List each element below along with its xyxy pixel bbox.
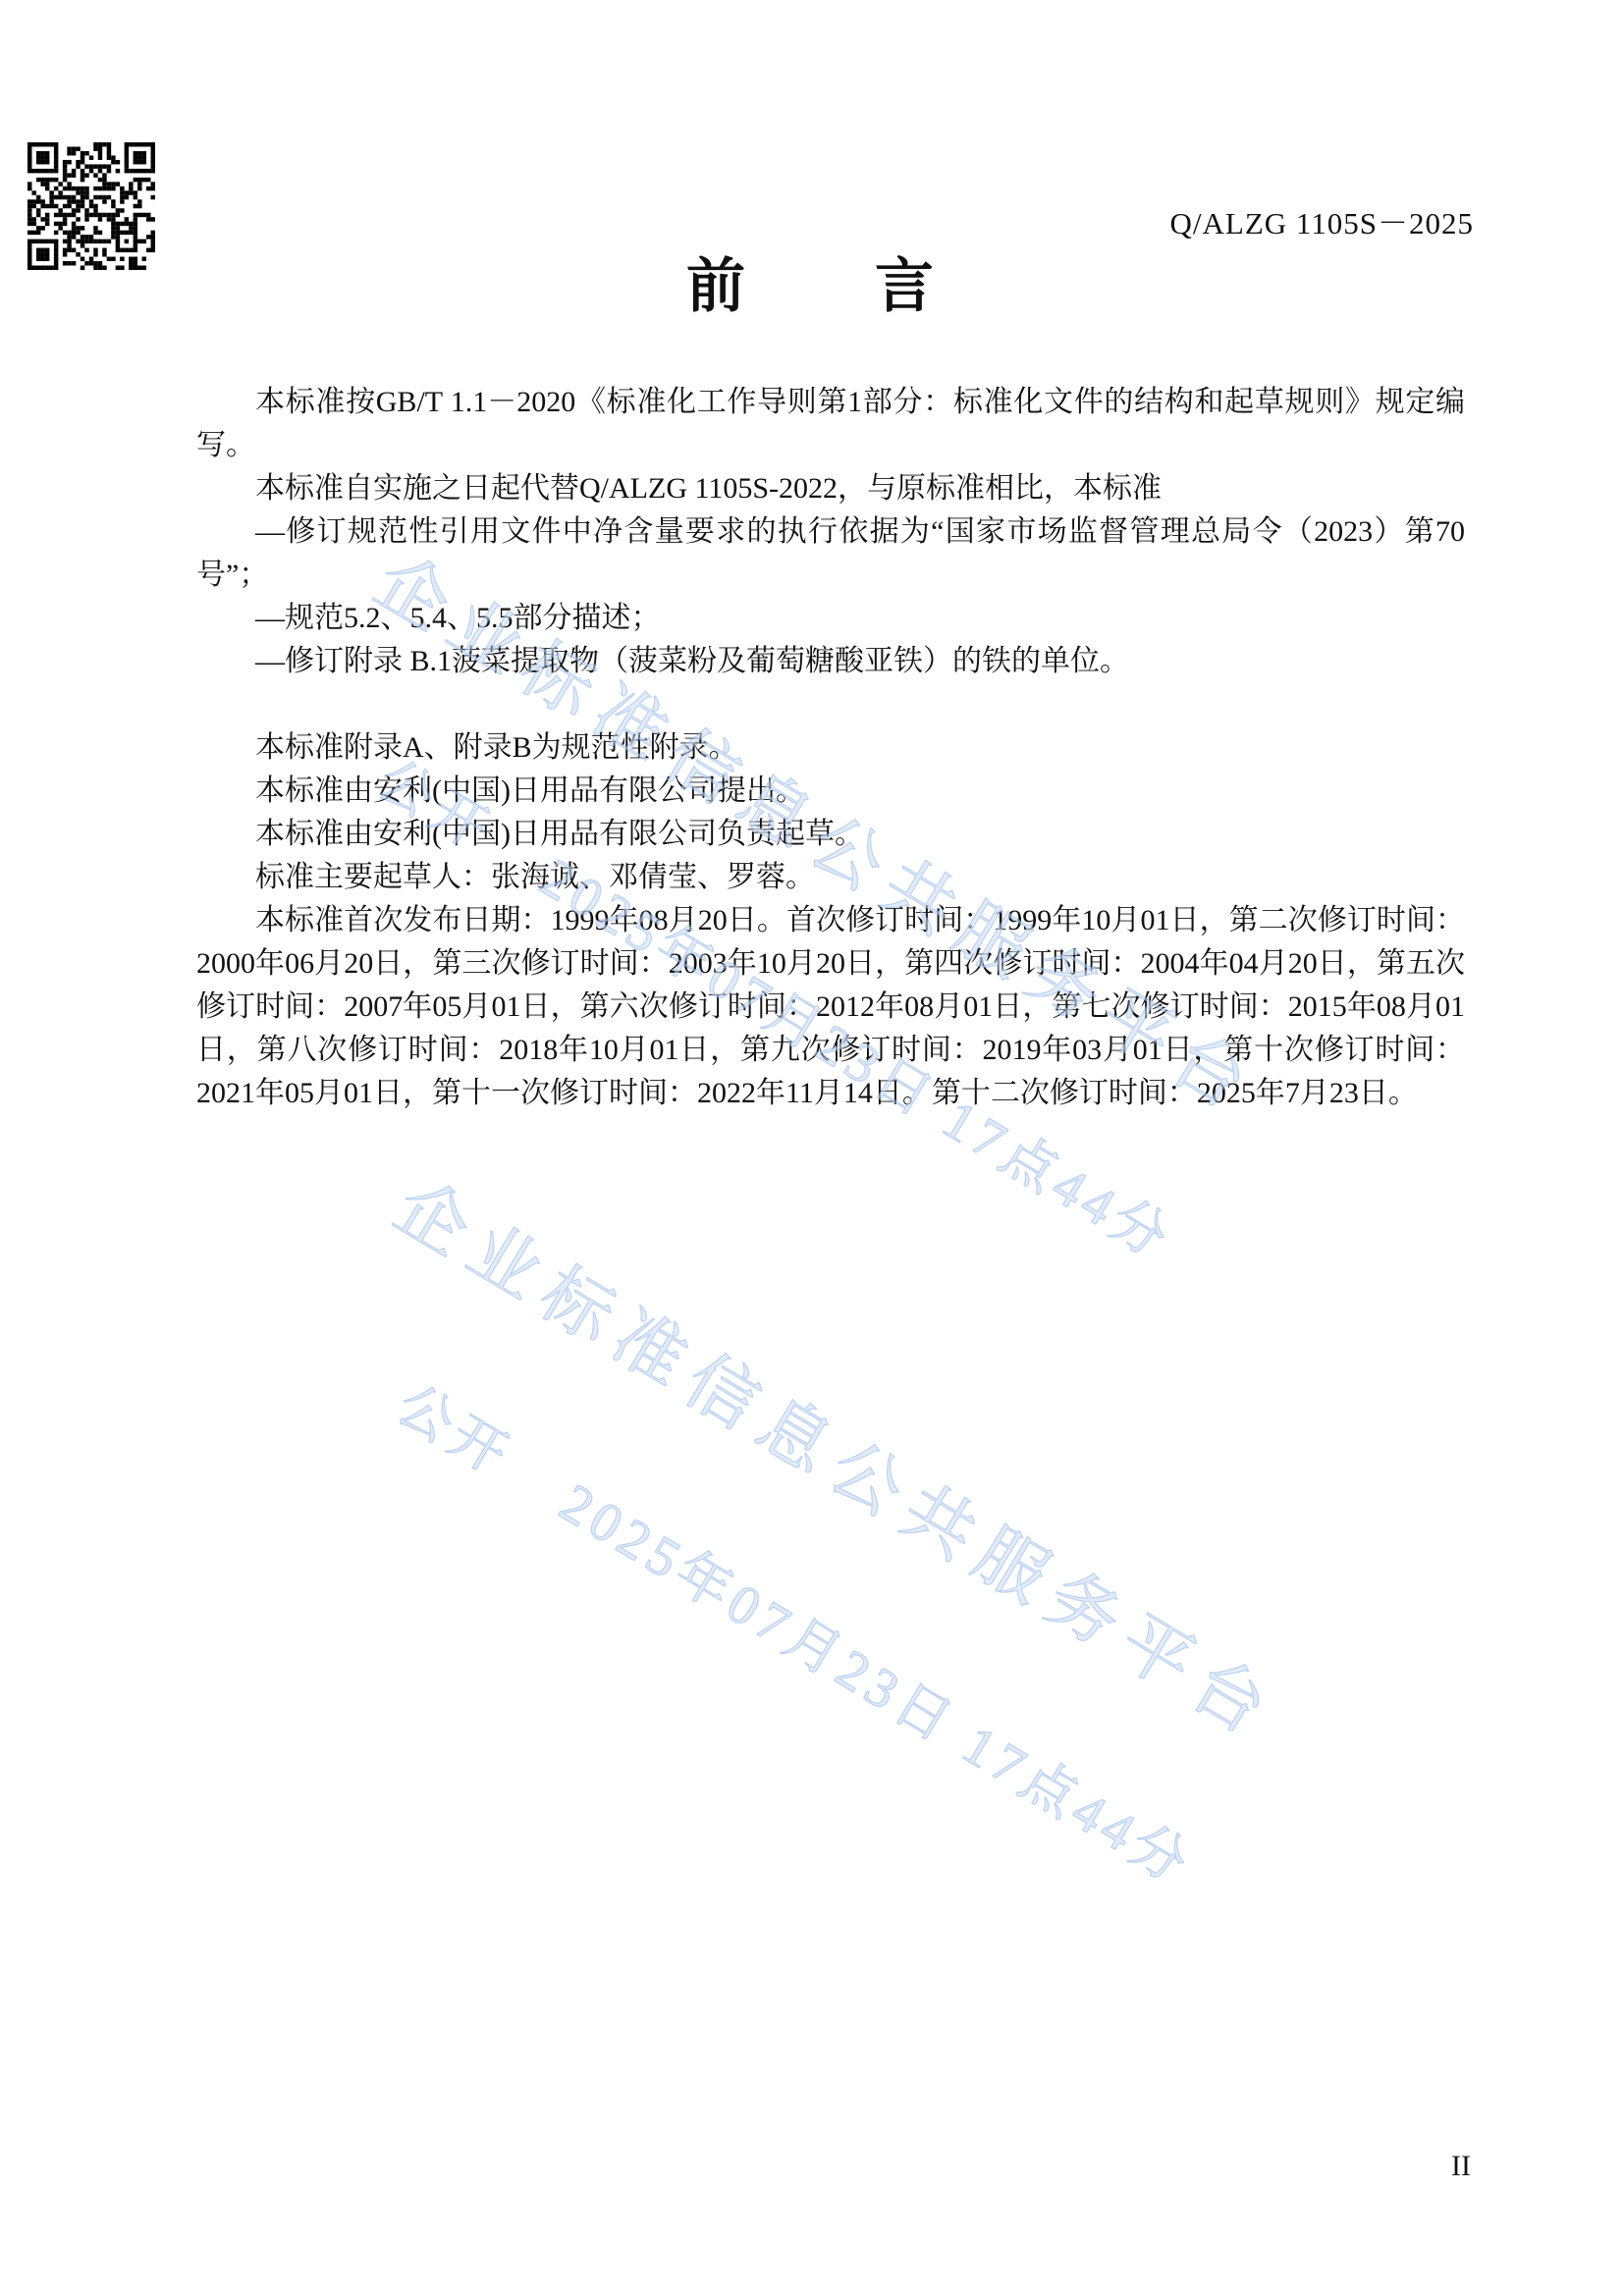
- paragraph-annexes: 本标准附录A、附录B为规范性附录。: [196, 726, 1465, 770]
- paragraph-change-3: —修订附录 B.1菠菜提取物（菠菜粉及葡萄糖酸亚铁）的铁的单位。: [196, 640, 1465, 683]
- watermark-status-and-datetime: 公开2025年07月23日 17点44分: [296, 1309, 1209, 1901]
- watermark-status: 公开: [387, 1374, 522, 1489]
- paragraph-drafters: 标准主要起草人：张海诚、邓倩莹、罗蓉。: [196, 856, 1465, 899]
- platform-watermark: 企业标准信息公共服务平台 公开2025年07月23日 17点44分: [296, 1150, 1304, 1901]
- foreword-body: 本标准按GB/T 1.1－2020《标准化工作导则第1部分：标准化文件的结构和起…: [196, 381, 1465, 1115]
- standard-number: Q/ALZG 1105S－2025: [1170, 198, 1475, 242]
- watermark-datetime: 2025年07月23日 17点44分: [550, 1472, 1203, 1897]
- paragraph-drafted-by: 本标准由安利(中国)日用品有限公司负责起草。: [196, 813, 1465, 856]
- watermark-platform-name: 企业标准信息公共服务平台: [379, 1150, 1304, 1762]
- blank-line: [196, 683, 1465, 726]
- paragraph-change-2: —规范5.2、5.4、5.5部分描述；: [196, 597, 1465, 640]
- document-page: Q/ALZG 1105S－2025 前 言 本标准按GB/T 1.1－2020《…: [0, 0, 1624, 2296]
- qr-code: [27, 142, 155, 270]
- paragraph-replacement: 本标准自实施之日起代替Q/ALZG 1105S-2022，与原标准相比，本标准: [196, 467, 1465, 510]
- page-title: 前 言: [0, 240, 1624, 324]
- paragraph-edition-basis: 本标准按GB/T 1.1－2020《标准化工作导则第1部分：标准化文件的结构和起…: [196, 381, 1465, 467]
- page-number: II: [1451, 2150, 1471, 2183]
- paragraph-proposed-by: 本标准由安利(中国)日用品有限公司提出。: [196, 770, 1465, 813]
- watermark-gap: [498, 1478, 557, 1514]
- paragraph-revision-history: 本标准首次发布日期：1999年08月20日。首次修订时间：1999年10月01日…: [196, 899, 1465, 1115]
- paragraph-change-1: —修订规范性引用文件中净含量要求的执行依据为“国家市场监督管理总局令（2023）…: [196, 510, 1465, 597]
